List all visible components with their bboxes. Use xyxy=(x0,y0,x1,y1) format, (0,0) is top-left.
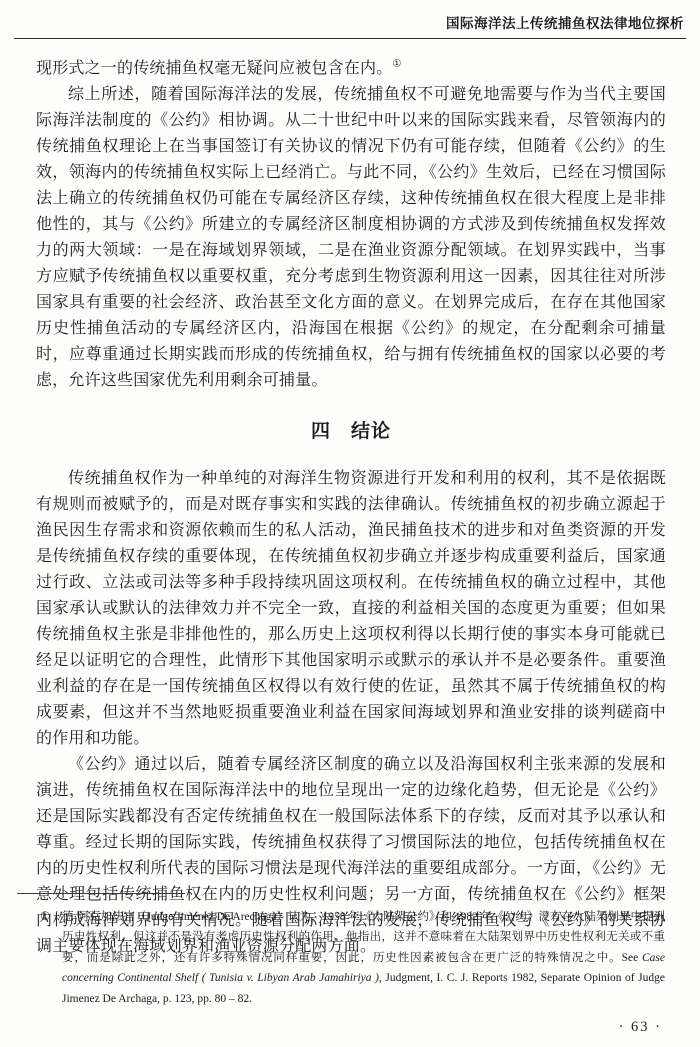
paragraph-summary: 综上所述，随着国际海洋法的发展，传统捕鱼权不可避免地需要与作为当代主要国际海洋法… xyxy=(36,82,666,394)
footnote-area: ①德·阿克加法官（Judge Jimenez De Arechaga）认为，19… xyxy=(0,893,700,1010)
paragraph-continuation-text: 现形式之一的传统捕鱼权毫无疑问应被包含在内。 xyxy=(36,60,392,77)
running-header: 国际海洋法上传统捕鱼权法律地位探析 xyxy=(14,0,686,39)
footnote-ref-1: ① xyxy=(392,59,401,70)
footnote-1: ①德·阿克加法官（Judge Jimenez De Arechaga）认为，19… xyxy=(40,907,665,1010)
section-heading-conclusion: 四 结论 xyxy=(36,419,666,445)
footnote-separator xyxy=(17,893,185,894)
paragraph-conclusion-1: 传统捕鱼权作为一种单纯的对海洋生物资源进行开发和利用的权利，其不是依据既有规则而… xyxy=(36,466,666,752)
footnote-text-segment-1: 德·阿克加法官（Judge Jimenez De Arechaga）认为，195… xyxy=(62,911,665,964)
page-body: 现形式之一的传统捕鱼权毫无疑问应被包含在内。① 综上所述，随着国际海洋法的发展，… xyxy=(36,56,666,960)
paragraph-continuation: 现形式之一的传统捕鱼权毫无疑问应被包含在内。① xyxy=(36,56,666,82)
document-page: 国际海洋法上传统捕鱼权法律地位探析 现形式之一的传统捕鱼权毫无疑问应被包含在内。… xyxy=(0,0,700,1047)
footnote-marker: ① xyxy=(40,907,62,928)
page-number: · 63 · xyxy=(619,1019,662,1036)
running-title: 国际海洋法上传统捕鱼权法律地位探析 xyxy=(446,16,684,31)
